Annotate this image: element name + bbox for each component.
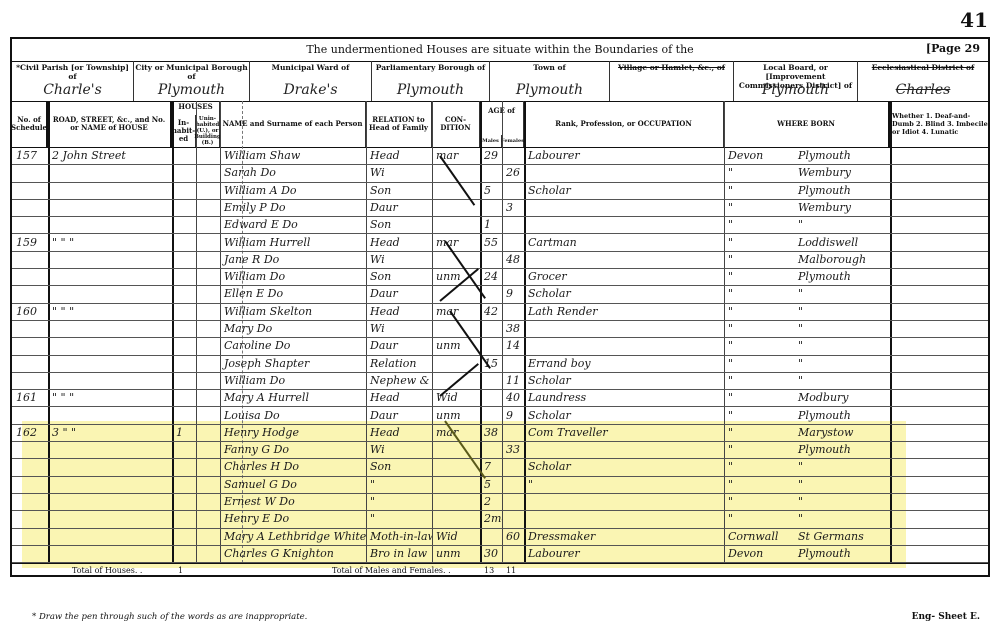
cell-road: [48, 337, 172, 354]
cell-name: Sarah Do: [220, 164, 366, 181]
cell-female-age: [502, 216, 524, 233]
cell-occupation: Lath Render: [524, 303, 724, 320]
cell-schedule: 159: [12, 234, 48, 251]
cell-road: [48, 545, 172, 562]
cell-male-age: [480, 199, 502, 216]
cell-relation: Head: [366, 389, 432, 406]
cell-schedule: [12, 285, 48, 302]
cell-born-place: ": [794, 493, 890, 510]
cell-schedule: 160: [12, 303, 48, 320]
cell-born-county: ": [724, 337, 794, 354]
cell-road: [48, 528, 172, 545]
cell-occupation: Laundress: [524, 389, 724, 406]
cell-relation: Son: [366, 268, 432, 285]
table-row: Jane R DoWi48"Malborough: [12, 251, 988, 269]
table-row: 161" " "Mary A HurrellHeadWid40Laundress…: [12, 389, 988, 407]
cell-born-place: Plymouth: [794, 407, 890, 424]
cell-relation: Son: [366, 458, 432, 475]
cell-relation: Wi: [366, 441, 432, 458]
cell-born-county: ": [724, 372, 794, 389]
cell-name: Mary A Hurrell: [220, 389, 366, 406]
cell-occupation: Errand boy: [524, 355, 724, 372]
cell-female-age: [502, 545, 524, 562]
cell-condition: [432, 476, 480, 493]
cell-male-age: [480, 528, 502, 545]
cell-male-age: 30: [480, 545, 502, 562]
col-inhabited: In-habit-ed: [172, 115, 196, 147]
cell-relation: Relation: [366, 355, 432, 372]
cell-female-age: [502, 268, 524, 285]
table-row: 1572 John StreetWilliam ShawHeadmar29Lab…: [12, 147, 988, 165]
cell-born-county: ": [724, 424, 794, 441]
sheet-reference: Eng- Sheet E.: [912, 612, 980, 622]
cell-name: Caroline Do: [220, 337, 366, 354]
cell-name: Louisa Do: [220, 407, 366, 424]
cell-occupation: ": [524, 476, 724, 493]
cell-relation: Bro in law: [366, 545, 432, 562]
cell-relation: Son: [366, 216, 432, 233]
cell-road: " " ": [48, 303, 172, 320]
cell-condition: [432, 216, 480, 233]
cell-name: William A Do: [220, 182, 366, 199]
cell-male-age: [480, 389, 502, 406]
table-row: Joseph ShapterRelation15Errand boy"": [12, 355, 988, 373]
cell-born-place: ": [794, 476, 890, 493]
cell-born-county: ": [724, 441, 794, 458]
cell-inhabited: [172, 199, 196, 216]
cell-road: 3 " ": [48, 424, 172, 441]
cell-road: [48, 164, 172, 181]
cell-schedule: [12, 510, 48, 527]
cell-condition: [432, 182, 480, 199]
cell-road: [48, 407, 172, 424]
cell-schedule: [12, 199, 48, 216]
cell-inhabited: [172, 528, 196, 545]
cell-male-age: 2mo: [480, 510, 502, 527]
cell-inhabited: [172, 545, 196, 562]
footnote: * Draw the pen through such of the words…: [32, 612, 307, 622]
cell-relation: ": [366, 476, 432, 493]
col-relation: RELATION to Head of Family: [366, 101, 432, 147]
table-row: William DoNephew & Niece11Scholar"": [12, 372, 988, 390]
cell-inhabited: [172, 303, 196, 320]
cell-occupation: Scholar: [524, 372, 724, 389]
cell-born-place: ": [794, 285, 890, 302]
cell-male-age: [480, 320, 502, 337]
cell-name: William Do: [220, 268, 366, 285]
cell-inhabited: [172, 355, 196, 372]
cell-occupation: Scholar: [524, 285, 724, 302]
cell-female-age: 60: [502, 528, 524, 545]
cell-born-county: Devon: [724, 147, 794, 164]
cell-name: Jane R Do: [220, 251, 366, 268]
cell-born-county: ": [724, 199, 794, 216]
cell-female-age: [502, 234, 524, 251]
cell-inhabited: [172, 372, 196, 389]
cell-condition: Wid: [432, 389, 480, 406]
table-row: Ernest W Do"2"": [12, 493, 988, 511]
cell-inhabited: [172, 458, 196, 475]
cell-road: [48, 372, 172, 389]
cell-born-county: ": [724, 182, 794, 199]
table-row: Edward E DoSon1"": [12, 216, 988, 234]
table-row: Fanny G DoWi33"Plymouth: [12, 441, 988, 459]
cell-relation: ": [366, 510, 432, 527]
cell-born-place: ": [794, 458, 890, 475]
cell-relation: Wi: [366, 164, 432, 181]
cell-born-county: ": [724, 355, 794, 372]
page-label: [Page 29: [926, 42, 980, 55]
place-local-board: Local Board, or [Improvement Commissione…: [734, 61, 858, 101]
place-village: Village or Hamlet, &c., of: [610, 61, 734, 101]
cell-female-age: 40: [502, 389, 524, 406]
cell-male-age: 1: [480, 216, 502, 233]
total-males: 13: [484, 566, 494, 575]
cell-born-place: ": [794, 216, 890, 233]
cell-road: [48, 199, 172, 216]
cell-born-place: Modbury: [794, 389, 890, 406]
cell-born-place: Plymouth: [794, 545, 890, 562]
cell-born-county: ": [724, 234, 794, 251]
cell-occupation: [524, 251, 724, 268]
cell-name: Mary Do: [220, 320, 366, 337]
cell-female-age: 3: [502, 199, 524, 216]
cell-schedule: [12, 337, 48, 354]
cell-inhabited: [172, 337, 196, 354]
cell-inhabited: [172, 441, 196, 458]
cell-female-age: [502, 476, 524, 493]
cell-born-place: ": [794, 355, 890, 372]
cell-inhabited: [172, 268, 196, 285]
cell-male-age: [480, 251, 502, 268]
cell-female-age: 26: [502, 164, 524, 181]
cell-born-place: St Germans: [794, 528, 890, 545]
cell-inhabited: [172, 285, 196, 302]
cell-male-age: 5: [480, 182, 502, 199]
table-row: William DoSonunm24Grocer"Plymouth: [12, 268, 988, 286]
cell-name: William Skelton: [220, 303, 366, 320]
cell-inhabited: [172, 320, 196, 337]
cell-male-age: [480, 441, 502, 458]
cell-name: Henry E Do: [220, 510, 366, 527]
census-sheet: The undermentioned Houses are situate wi…: [10, 37, 990, 577]
cell-name: Fanny G Do: [220, 441, 366, 458]
cell-female-age: 9: [502, 285, 524, 302]
table-row: Charles H DoSon7Scholar"": [12, 458, 988, 476]
table-row: Samuel G Do"5""": [12, 476, 988, 494]
cell-name: William Hurrell: [220, 234, 366, 251]
table-row: Charles G KnightonBro in lawunm30Laboure…: [12, 545, 988, 563]
cell-born-county: ": [724, 320, 794, 337]
cell-born-county: Devon: [724, 545, 794, 562]
cell-occupation: [524, 164, 724, 181]
total-persons-label: Total of Males and Females. .: [332, 566, 451, 575]
cell-born-county: ": [724, 476, 794, 493]
cell-schedule: [12, 545, 48, 562]
cell-female-age: 33: [502, 441, 524, 458]
cell-road: [48, 355, 172, 372]
cell-schedule: 157: [12, 147, 48, 164]
cell-relation: Daur: [366, 407, 432, 424]
cell-female-age: [502, 303, 524, 320]
cell-road: [48, 458, 172, 475]
cell-born-county: ": [724, 251, 794, 268]
col-where-born: WHERE BORN: [724, 101, 890, 147]
cell-name: William Do: [220, 372, 366, 389]
cell-relation: Head: [366, 303, 432, 320]
cell-occupation: Labourer: [524, 147, 724, 164]
cell-name: Charles G Knighton: [220, 545, 366, 562]
cell-relation: ": [366, 493, 432, 510]
cell-male-age: [480, 337, 502, 354]
cell-occupation: [524, 337, 724, 354]
cell-inhabited: [172, 182, 196, 199]
cell-female-age: [502, 510, 524, 527]
cell-condition: [432, 441, 480, 458]
cell-name: Mary A Lethbridge White: [220, 528, 366, 545]
cell-born-county: ": [724, 389, 794, 406]
cell-male-age: 29: [480, 147, 502, 164]
cell-relation: Moth-in-law: [366, 528, 432, 545]
total-females: 11: [506, 566, 516, 575]
cell-male-age: [480, 372, 502, 389]
cell-condition: [432, 510, 480, 527]
cell-relation: Daur: [366, 337, 432, 354]
cell-name: Emily P Do: [220, 199, 366, 216]
folio-number: 41: [960, 8, 988, 32]
table-row: Caroline DoDaurunm14"": [12, 337, 988, 355]
cell-male-age: [480, 407, 502, 424]
cell-relation: Wi: [366, 251, 432, 268]
cell-schedule: [12, 268, 48, 285]
cell-inhabited: [172, 493, 196, 510]
cell-female-age: 14: [502, 337, 524, 354]
cell-inhabited: [172, 407, 196, 424]
cell-born-place: Plymouth: [794, 147, 890, 164]
cell-relation: Head: [366, 424, 432, 441]
place-municipal-borough: City or Municipal Borough of Plymouth: [134, 61, 250, 101]
cell-inhabited: [172, 476, 196, 493]
cell-inhabited: [172, 164, 196, 181]
cell-road: [48, 476, 172, 493]
cell-relation: Wi: [366, 320, 432, 337]
cell-female-age: [502, 355, 524, 372]
cell-born-county: ": [724, 285, 794, 302]
table-row: 160" " "William SkeltonHeadmar42Lath Ren…: [12, 303, 988, 321]
cell-occupation: Scholar: [524, 458, 724, 475]
cell-born-county: ": [724, 493, 794, 510]
table-row: Sarah DoWi26"Wembury: [12, 164, 988, 182]
place-ecclesiastical-district: Ecclesiastical District of Charles: [858, 61, 988, 101]
cell-schedule: [12, 372, 48, 389]
table-row: Henry E Do"2mo"": [12, 510, 988, 528]
total-houses-label: Total of Houses. .: [72, 566, 142, 575]
cell-female-age: [502, 147, 524, 164]
sheet-title-bar: The undermentioned Houses are situate wi…: [12, 39, 988, 62]
cell-road: [48, 182, 172, 199]
col-occupation: Rank, Profession, or OCCUPATION: [524, 101, 724, 147]
cell-condition: unm: [432, 545, 480, 562]
cell-name: Charles H Do: [220, 458, 366, 475]
cell-occupation: [524, 493, 724, 510]
cell-occupation: Scholar: [524, 182, 724, 199]
cell-female-age: [502, 182, 524, 199]
cell-occupation: [524, 216, 724, 233]
table-row: Louisa DoDaurunm9Scholar"Plymouth: [12, 407, 988, 425]
cell-inhabited: [172, 147, 196, 164]
cell-occupation: [524, 320, 724, 337]
cell-relation: Daur: [366, 199, 432, 216]
place-parliamentary-borough: Parliamentary Borough of Plymouth: [372, 61, 490, 101]
col-uninhabited: Unin-habited (U.), or Building (B.): [196, 115, 220, 147]
cell-schedule: [12, 320, 48, 337]
col-infirmity: Whether 1. Deaf-and-Dumb 2. Blind 3. Imb…: [890, 101, 990, 147]
cell-born-county: ": [724, 164, 794, 181]
cell-schedule: [12, 216, 48, 233]
cell-inhabited: [172, 389, 196, 406]
cell-schedule: 162: [12, 424, 48, 441]
cell-road: [48, 493, 172, 510]
cell-schedule: [12, 164, 48, 181]
cell-male-age: 2: [480, 493, 502, 510]
table-row: 159" " "William HurrellHeadmar55Cartman"…: [12, 234, 988, 252]
cell-schedule: [12, 407, 48, 424]
cell-condition: unm: [432, 407, 480, 424]
cell-inhabited: [172, 234, 196, 251]
cell-female-age: 48: [502, 251, 524, 268]
cell-road: [48, 285, 172, 302]
cell-female-age: 38: [502, 320, 524, 337]
column-headers: No. of Schedule ROAD, STREET, &c., and N…: [12, 101, 988, 148]
cell-road: 2 John Street: [48, 147, 172, 164]
cell-inhabited: 1: [172, 424, 196, 441]
cell-road: " " ": [48, 389, 172, 406]
cell-inhabited: [172, 216, 196, 233]
total-houses-inhabited: 1: [178, 566, 183, 575]
cell-born-place: Wembury: [794, 199, 890, 216]
cell-schedule: [12, 528, 48, 545]
cell-name: Joseph Shapter: [220, 355, 366, 372]
cell-occupation: Scholar: [524, 407, 724, 424]
cell-occupation: [524, 199, 724, 216]
table-row: Ellen E DoDaur9Scholar"": [12, 285, 988, 303]
table-row: Emily P DoDaur3"Wembury: [12, 199, 988, 217]
place-town: Town of Plymouth: [490, 61, 610, 101]
cell-born-place: ": [794, 303, 890, 320]
cell-name: Samuel G Do: [220, 476, 366, 493]
cell-born-county: ": [724, 216, 794, 233]
cell-born-county: ": [724, 510, 794, 527]
cell-female-age: [502, 424, 524, 441]
cell-condition: mar: [432, 234, 480, 251]
col-schedule: No. of Schedule: [12, 101, 48, 147]
cell-schedule: [12, 493, 48, 510]
cell-road: [48, 216, 172, 233]
cell-relation: Nephew & Niece: [366, 372, 432, 389]
cell-name: Ellen E Do: [220, 285, 366, 302]
col-age-females: Females: [502, 135, 524, 147]
cell-road: [48, 510, 172, 527]
cell-inhabited: [172, 251, 196, 268]
cell-born-place: Plymouth: [794, 182, 890, 199]
cell-name: Edward E Do: [220, 216, 366, 233]
table-row: Mary DoWi38"": [12, 320, 988, 338]
cell-born-place: Plymouth: [794, 441, 890, 458]
cell-female-age: 9: [502, 407, 524, 424]
cell-occupation: [524, 510, 724, 527]
cell-male-age: 42: [480, 303, 502, 320]
cell-born-place: Marystow: [794, 424, 890, 441]
cell-inhabited: [172, 510, 196, 527]
cell-relation: Daur: [366, 285, 432, 302]
cell-schedule: [12, 476, 48, 493]
cell-male-age: 38: [480, 424, 502, 441]
table-row: William A DoSon5Scholar"Plymouth: [12, 182, 988, 200]
cell-occupation: Grocer: [524, 268, 724, 285]
cell-born-place: ": [794, 337, 890, 354]
cell-female-age: [502, 458, 524, 475]
place-municipal-ward: Municipal Ward of Drake's: [250, 61, 372, 101]
cell-road: [48, 320, 172, 337]
cell-born-place: Malborough: [794, 251, 890, 268]
cell-name: Ernest W Do: [220, 493, 366, 510]
place-civil-parish: *Civil Parish [or Township] of Charle's: [12, 61, 134, 101]
cell-born-county: Cornwall: [724, 528, 794, 545]
cell-name: William Shaw: [220, 147, 366, 164]
cell-schedule: [12, 355, 48, 372]
col-age-males: Males: [480, 135, 502, 147]
cell-condition: [432, 493, 480, 510]
cell-female-age: [502, 493, 524, 510]
cell-occupation: Com Traveller: [524, 424, 724, 441]
table-row: 1623 " "1Henry HodgeHeadmar38Com Travell…: [12, 424, 988, 442]
cell-male-age: 24: [480, 268, 502, 285]
cell-name: Henry Hodge: [220, 424, 366, 441]
cell-born-county: ": [724, 268, 794, 285]
cell-road: [48, 268, 172, 285]
place-headers: *Civil Parish [or Township] of Charle's …: [12, 61, 988, 102]
cell-born-county: ": [724, 303, 794, 320]
cell-schedule: [12, 458, 48, 475]
cell-occupation: Dressmaker: [524, 528, 724, 545]
cell-occupation: Labourer: [524, 545, 724, 562]
totals-row: Total of Houses. . 1 Total of Males and …: [12, 563, 988, 578]
col-condition: CON-DITION: [432, 101, 480, 147]
cell-condition: Wid: [432, 528, 480, 545]
cell-schedule: [12, 182, 48, 199]
cell-road: [48, 251, 172, 268]
sheet-title: The undermentioned Houses are situate wi…: [12, 43, 988, 56]
cell-male-age: 55: [480, 234, 502, 251]
cell-born-place: ": [794, 372, 890, 389]
col-road: ROAD, STREET, &c., and No. or NAME of HO…: [48, 101, 172, 147]
cell-male-age: [480, 164, 502, 181]
cell-relation: Son: [366, 182, 432, 199]
cell-relation: Head: [366, 147, 432, 164]
cell-relation: Head: [366, 234, 432, 251]
cell-born-place: Loddiswell: [794, 234, 890, 251]
census-rows: 1572 John StreetWilliam ShawHeadmar29Lab…: [12, 147, 988, 563]
cell-born-place: Wembury: [794, 164, 890, 181]
cell-born-place: Plymouth: [794, 268, 890, 285]
cell-schedule: [12, 441, 48, 458]
cell-road: " " ": [48, 234, 172, 251]
cell-occupation: Cartman: [524, 234, 724, 251]
cell-schedule: [12, 251, 48, 268]
cell-born-place: ": [794, 320, 890, 337]
cell-occupation: [524, 441, 724, 458]
cell-female-age: 11: [502, 372, 524, 389]
